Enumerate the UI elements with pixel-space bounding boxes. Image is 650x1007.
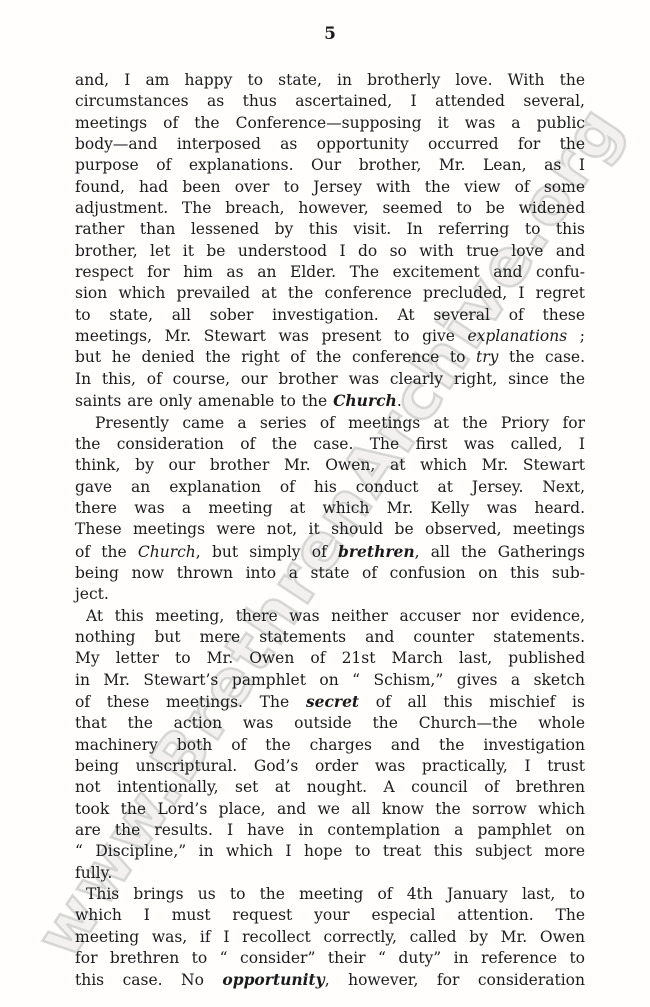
text-line: think, by our brother Mr. Owen, at which… — [75, 455, 585, 476]
text-line: meetings of the Conference—supposing it … — [75, 113, 585, 134]
text-line: not intentionally, set at nought. A coun… — [75, 777, 585, 798]
text-line: of these meetings. The secret of all thi… — [75, 691, 585, 713]
text-line: being unscriptural. God’s order was prac… — [75, 756, 585, 777]
paragraph: and, I am happy to state, in brotherly l… — [75, 70, 585, 413]
text-segment: are the results. I have in contemplation… — [75, 821, 585, 839]
text-line: “ Discipline,” in which I hope to treat … — [75, 841, 585, 862]
text-segment: took the Lord’s place, and we all know t… — [75, 800, 585, 818]
text-segment: and, I am happy to state, in brotherly l… — [75, 71, 585, 89]
text-line: meeting was, if I recollect correctly, c… — [75, 927, 585, 948]
text-segment: respect for him as an Elder. The excitem… — [75, 263, 585, 281]
emphasized-text: try — [476, 348, 498, 366]
text-segment: meetings of the Conference—supposing it … — [75, 114, 585, 132]
text-segment: ject. — [75, 585, 109, 603]
text-line: this case. No opportunity, however, for … — [75, 969, 585, 991]
text-line: for brethren to “ consider” their “ duty… — [75, 948, 585, 969]
text-segment: not intentionally, set at nought. A coun… — [75, 778, 585, 796]
text-line: sion which prevailed at the conference p… — [75, 283, 585, 304]
paragraph: Presently came a series of meetings at t… — [75, 413, 585, 606]
text-segment: sion which prevailed at the conference p… — [75, 284, 585, 302]
text-line: body—and interposed as opportunity occur… — [75, 134, 585, 155]
text-segment: This brings us to the meeting of 4th Jan… — [86, 885, 585, 903]
text-segment: meetings, Mr. Stewart was present to giv… — [75, 327, 467, 345]
text-line: but he denied the right of the conferenc… — [75, 347, 585, 368]
text-segment: circumstances as thus ascertained, I att… — [75, 92, 585, 110]
text-line: machinery both of the charges and the in… — [75, 735, 585, 756]
scanned-page: www.BrethrenArchive.org 5 and, I am happ… — [0, 0, 650, 1007]
page-number: 5 — [75, 24, 585, 44]
emphasized-text: secret — [306, 692, 359, 711]
text-segment: These meetings were not, it should be ob… — [75, 520, 585, 538]
text-segment: saints are only amenable to the — [75, 392, 333, 410]
text-line: took the Lord’s place, and we all know t… — [75, 799, 585, 820]
text-segment: purpose of explanations. Our brother, Mr… — [75, 156, 585, 174]
text-line: In this, of course, our brother was clea… — [75, 369, 585, 390]
text-segment: , but simply of — [196, 543, 338, 561]
text-line: which I must request your especial atten… — [75, 905, 585, 926]
text-line: and, I am happy to state, in brotherly l… — [75, 70, 585, 91]
text-segment: My letter to Mr. Owen of 21st March last… — [75, 649, 585, 667]
text-segment: there was a meeting at which Mr. Kelly w… — [75, 499, 585, 517]
text-segment: of the — [75, 543, 138, 561]
text-line: rather than lessened by this visit. In r… — [75, 219, 585, 240]
text-line: in Mr. Stewart’s pamphlet on “ Schism,” … — [75, 670, 585, 691]
text-line: Presently came a series of meetings at t… — [75, 413, 585, 434]
text-segment: the case. — [498, 348, 585, 366]
text-line: to state, all sober investigation. At se… — [75, 305, 585, 326]
text-segment: for brethren to “ consider” their “ duty… — [75, 949, 585, 967]
text-line: gave an explanation of his conduct at Je… — [75, 477, 585, 498]
text-segment: the consideration of the case. The first… — [75, 435, 585, 453]
text-segment: . — [397, 392, 402, 410]
text-segment: machinery both of the charges and the in… — [75, 736, 585, 754]
emphasized-text: Church — [138, 543, 196, 561]
text-segment: but he denied the right of the conferenc… — [75, 348, 476, 366]
text-segment: ; — [567, 327, 585, 345]
text-line: respect for him as an Elder. The excitem… — [75, 262, 585, 283]
text-segment: found, had been over to Jersey with the … — [75, 178, 585, 196]
text-segment: rather than lessened by this visit. In r… — [75, 220, 585, 238]
text-segment: gave an explanation of his conduct at Je… — [75, 478, 585, 496]
text-line: of the Church, but simply of brethren, a… — [75, 541, 585, 563]
text-line: there was a meeting at which Mr. Kelly w… — [75, 498, 585, 519]
text-line: At this meeting, there was neither accus… — [75, 606, 585, 627]
text-segment: , all the Gatherings — [415, 543, 585, 561]
text-segment: , however, for consideration — [325, 971, 585, 989]
emphasized-text: Church — [333, 391, 397, 410]
text-segment: At this meeting, there was neither accus… — [86, 607, 585, 625]
text-segment: that the action was outside the Church—t… — [75, 714, 585, 732]
text-segment: to state, all sober investigation. At se… — [75, 306, 585, 324]
text-segment: in Mr. Stewart’s pamphlet on “ Schism,” … — [75, 671, 585, 689]
text-segment: being unscriptural. God’s order was prac… — [75, 757, 585, 775]
text-segment: Presently came a series of meetings at t… — [95, 414, 585, 432]
text-segment: adjustment. The breach, however, seemed … — [75, 199, 585, 217]
text-segment: being now thrown into a state of confusi… — [75, 564, 585, 582]
text-segment: meeting was, if I recollect correctly, c… — [75, 928, 585, 946]
text-segment: “ Discipline,” in which I hope to treat … — [75, 842, 585, 860]
emphasized-text: brethren — [338, 542, 415, 561]
text-line: being now thrown into a state of confusi… — [75, 563, 585, 584]
paragraph: This brings us to the meeting of 4th Jan… — [75, 884, 585, 992]
text-line: found, had been over to Jersey with the … — [75, 177, 585, 198]
text-line: adjustment. The breach, however, seemed … — [75, 198, 585, 219]
text-line: the consideration of the case. The first… — [75, 434, 585, 455]
text-line: meetings, Mr. Stewart was present to giv… — [75, 326, 585, 347]
text-segment: this case. No — [75, 971, 222, 989]
text-segment: nothing but mere statements and counter … — [75, 628, 585, 646]
emphasized-text: explanations — [467, 327, 567, 345]
text-segment: fully. — [75, 864, 112, 882]
text-line: saints are only amenable to the Church. — [75, 390, 585, 412]
emphasized-text: opportunity — [222, 970, 324, 989]
text-line: are the results. I have in contemplation… — [75, 820, 585, 841]
text-line: purpose of explanations. Our brother, Mr… — [75, 155, 585, 176]
text-line: circumstances as thus ascertained, I att… — [75, 91, 585, 112]
text-line: This brings us to the meeting of 4th Jan… — [75, 884, 585, 905]
paragraph: At this meeting, there was neither accus… — [75, 606, 585, 884]
text-segment: think, by our brother Mr. Owen, at which… — [75, 456, 585, 474]
text-segment: In this, of course, our brother was clea… — [75, 370, 585, 388]
text-segment: which I must request your especial atten… — [75, 906, 585, 924]
text-line: fully. — [75, 863, 585, 884]
text-segment: of all this mischief is — [359, 693, 585, 711]
text-line: nothing but mere statements and counter … — [75, 627, 585, 648]
text-line: that the action was outside the Church—t… — [75, 713, 585, 734]
text-block: and, I am happy to state, in brotherly l… — [75, 70, 585, 992]
text-line: ject. — [75, 584, 585, 605]
text-line: These meetings were not, it should be ob… — [75, 519, 585, 540]
text-segment: body—and interposed as opportunity occur… — [75, 135, 585, 153]
text-segment: of these meetings. The — [75, 693, 306, 711]
text-segment: brother, let it be understood I do so wi… — [75, 242, 585, 260]
text-line: My letter to Mr. Owen of 21st March last… — [75, 648, 585, 669]
text-line: brother, let it be understood I do so wi… — [75, 241, 585, 262]
